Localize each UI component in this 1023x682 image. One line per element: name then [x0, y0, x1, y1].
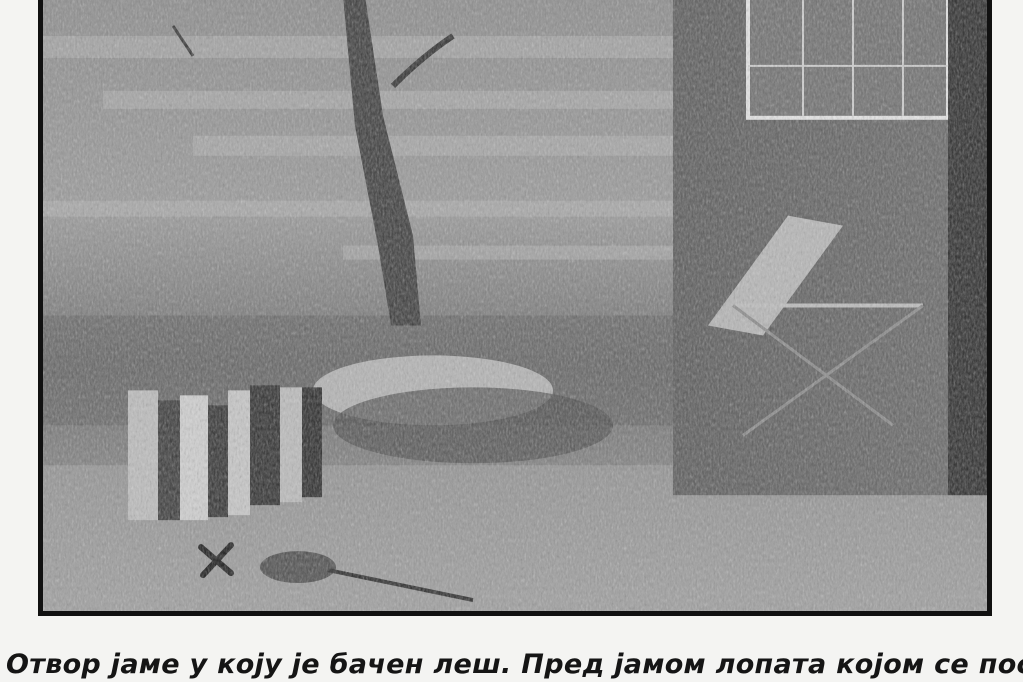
- newspaper-photo: [38, 0, 992, 616]
- photo-caption: Отвор јаме у коју је бачен леш. Пред јам…: [6, 648, 1023, 682]
- photo-scene: [43, 0, 987, 611]
